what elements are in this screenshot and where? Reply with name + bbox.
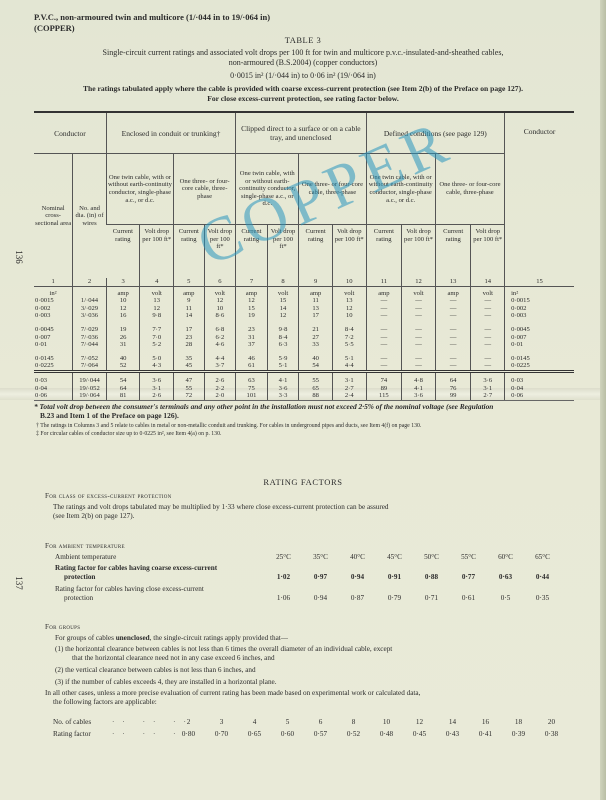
- table-cell: 55: [174, 385, 205, 393]
- factor-value: 14: [436, 718, 469, 726]
- clipped-twin-header: One twin cable, with or without earth-co…: [236, 154, 299, 225]
- table-cell: 19/·064: [73, 392, 107, 400]
- factor-value: 25°C: [265, 553, 302, 561]
- table-cell: 13: [140, 297, 174, 305]
- table-row: 0·02257/·064524·3453·7615·1544·4————0·02…: [34, 362, 574, 371]
- table-cell: 15: [267, 297, 299, 305]
- table-cell: —: [366, 355, 402, 363]
- table-cell: 17: [174, 326, 205, 334]
- table-cell: 89: [366, 385, 402, 393]
- groups-intro-b: unenclosed: [116, 634, 150, 642]
- table-cell: 6·3: [267, 341, 299, 349]
- groups-intro-c: , the single-circuit ratings apply provi…: [150, 634, 288, 642]
- table-row: 0·00457/·029197·7176·8239·8218·4————0·00…: [34, 326, 574, 334]
- factor-value: 0·70: [205, 730, 238, 738]
- table-cell: —: [435, 305, 471, 313]
- table-cell: —: [435, 312, 471, 320]
- table-cell: 7·0: [140, 334, 174, 342]
- factor-value: 0·94: [339, 573, 376, 581]
- table-cell: 3·6: [402, 392, 436, 400]
- table-cell: 54: [299, 362, 333, 371]
- table-cell: 0·002: [505, 305, 574, 313]
- groups-item-3: (3) if the number of cables exceeds 4, t…: [55, 678, 277, 687]
- factor-value: 6: [304, 718, 337, 726]
- header-line1: P.V.C., non-armoured twin and multicore …: [34, 12, 270, 23]
- table-cell: 0·0225: [505, 362, 574, 371]
- table-cell: 3·7: [204, 362, 236, 371]
- table-cell: 0·0045: [34, 326, 73, 334]
- factor-value: 0·91: [376, 573, 413, 581]
- table-cell: 6·8: [204, 326, 236, 334]
- table-cell: —: [402, 341, 436, 349]
- table-cell: 16: [106, 312, 140, 320]
- table-cell: 23: [236, 326, 268, 334]
- table-cell: 1/·044: [73, 297, 107, 305]
- table-cell: 13: [332, 297, 366, 305]
- table-row: 0·0619/·064812·6722·01013·3882·41153·699…: [34, 392, 574, 400]
- table-cell: 4·6: [204, 341, 236, 349]
- table-cell: 6·2: [204, 334, 236, 342]
- table-cell: —: [402, 362, 436, 371]
- table-cell: 13: [299, 305, 333, 313]
- flat-cables-body: in²ampvoltampvoltampvoltampvoltampvoltam…: [34, 286, 574, 371]
- table-cell: 17: [299, 312, 333, 320]
- col10-header: Volt drop per 100 ft*: [332, 225, 366, 279]
- subgroup-header-row: Nominal cross-sectional area No. and dia…: [34, 154, 574, 225]
- table-cell: —: [402, 305, 436, 313]
- table-row: 0·0319/·044543·6472·6634·1553·1744·8643·…: [34, 377, 574, 385]
- table-cell: 47: [174, 377, 205, 385]
- groups-other-2: the following factors are applicable:: [53, 698, 157, 707]
- table-cell: 12: [332, 305, 366, 313]
- factor-value: 18: [502, 718, 535, 726]
- table-cell: 5·1: [267, 362, 299, 371]
- table-cell: 61: [236, 362, 268, 371]
- table-row: 0·0033/·036169·8148·619121710————0·003: [34, 312, 574, 320]
- table-row: 0·017/·044315·2284·6376·3335·5————0·01: [34, 341, 574, 349]
- table-cell: —: [471, 326, 505, 334]
- col-number: 5: [174, 278, 205, 286]
- table-cell: 0·003: [505, 312, 574, 320]
- col-number: 15: [505, 278, 574, 286]
- protection-text-2: (see Item 2(b) on page 127).: [53, 512, 134, 521]
- table-cell: 5·2: [140, 341, 174, 349]
- factor-value: 0·39: [502, 730, 535, 738]
- unit-cell: amp: [299, 286, 333, 297]
- groups-item-2: (2) the vertical clearance between cable…: [55, 666, 256, 675]
- table-cell: 12: [140, 305, 174, 313]
- group-header-row: Conductor Enclosed in conduit or trunkin…: [34, 112, 574, 154]
- table-cell: —: [366, 326, 402, 334]
- factor-value: 0·97: [302, 573, 339, 581]
- table-title: TABLE 3: [0, 35, 606, 45]
- table-cell: —: [366, 341, 402, 349]
- coarse-label-2: protection: [64, 573, 95, 581]
- table-cell: 99: [435, 392, 471, 400]
- table-cell: 10: [106, 297, 140, 305]
- table-cell: 3·1: [140, 385, 174, 393]
- table-cell: —: [366, 297, 402, 305]
- table-cell: 40: [299, 355, 333, 363]
- table-cell: 12: [267, 312, 299, 320]
- table-cell: 37: [236, 341, 268, 349]
- unit-cell: volt: [471, 286, 505, 297]
- factor-value: 0·79: [376, 594, 413, 602]
- table-cell: —: [435, 341, 471, 349]
- table-row: 0·0077/·036267·0236·2318·4277·2————0·007: [34, 334, 574, 342]
- table-cell: —: [402, 326, 436, 334]
- col-wires-header: No. and dia. (in) of wires: [73, 154, 107, 279]
- table-subtitle-1: Single-circuit current ratings and assoc…: [0, 48, 606, 58]
- factor-value: 2: [172, 718, 205, 726]
- footnote-star-line1: * Total volt drop between the consumer's…: [34, 402, 493, 411]
- table-cell: 9: [174, 297, 205, 305]
- table-cell: 2·7: [332, 385, 366, 393]
- table-cell: 0·007: [34, 334, 73, 342]
- col-number: 9: [299, 278, 333, 286]
- page-number-137: 137: [14, 576, 24, 590]
- col-number: 2: [73, 278, 107, 286]
- table-cell: 101: [236, 392, 268, 400]
- table-cell: 76: [435, 385, 471, 393]
- factor-value: 8: [337, 718, 370, 726]
- protection-heading: For class of excess-current protection: [45, 492, 172, 501]
- footnote-star: * Total volt drop between the consumer's…: [34, 402, 582, 438]
- factor-value: 0·45: [403, 730, 436, 738]
- table-cell: 31: [236, 334, 268, 342]
- table-cell: 0·01: [505, 341, 574, 349]
- table-cell: 19: [106, 326, 140, 334]
- ambient-heading-text: For ambient temperature: [45, 542, 125, 550]
- factor-value: 10: [370, 718, 403, 726]
- page-edge: [600, 0, 606, 800]
- table-cell: 115: [366, 392, 402, 400]
- factor-value: 40°C: [339, 553, 376, 561]
- table-cell: —: [471, 362, 505, 371]
- table-cell: 88: [299, 392, 333, 400]
- table-cell: 0·04: [505, 385, 574, 393]
- table-cell: 2·2: [204, 385, 236, 393]
- col-number: 3: [106, 278, 140, 286]
- table-cell: 5·9: [267, 355, 299, 363]
- header-line2: (COPPER): [34, 23, 270, 34]
- table-cell: 0·01: [34, 341, 73, 349]
- table-cell: —: [366, 305, 402, 313]
- ratings-note-2: For close excess-current protection, see…: [0, 94, 606, 104]
- factor-value: 1·06: [265, 594, 302, 602]
- col6-header: Volt drop per 100 ft*: [204, 225, 236, 279]
- table-cell: 0·03: [34, 377, 73, 385]
- ratings-note-1: The ratings tabulated apply where the ca…: [0, 84, 606, 94]
- table-cell: 0·0145: [34, 355, 73, 363]
- table-cell: —: [366, 334, 402, 342]
- table-cell: 3·6: [471, 377, 505, 385]
- groups-heading-text: For groups: [45, 623, 80, 631]
- factor-value: 0·38: [535, 730, 568, 738]
- ambient-temps: 25°C35°C40°C45°C50°C55°C60°C65°C: [265, 553, 561, 561]
- groups-intro-a: For groups of cables: [55, 634, 116, 642]
- table-cell: —: [435, 362, 471, 371]
- table-cell: 10: [332, 312, 366, 320]
- table-cell: 10: [204, 305, 236, 313]
- factor-value: 1·02: [265, 573, 302, 581]
- table-range: 0·0015 in² (1/·044 in) to 0·06 in² (19/·…: [0, 71, 606, 81]
- table-cell: 81: [106, 392, 140, 400]
- ambient-temp-row: Ambient temperature: [55, 553, 116, 561]
- col5-header: Current rating: [174, 225, 205, 279]
- table-cell: 5·1: [332, 355, 366, 363]
- unit-cell: in²: [505, 286, 574, 297]
- table-cell: 0·007: [505, 334, 574, 342]
- defined-three-header: One three- or four-core cable, three-pha…: [435, 154, 504, 225]
- table-cell: 2·6: [140, 392, 174, 400]
- table-cell: 54: [106, 377, 140, 385]
- running-header: P.V.C., non-armoured twin and multicore …: [34, 12, 270, 34]
- table-cell: 4·4: [332, 362, 366, 371]
- factor-value: 0·63: [487, 573, 524, 581]
- table-cell: 26: [106, 334, 140, 342]
- col11-header: Current rating: [366, 225, 402, 279]
- table-cell: 9·8: [267, 326, 299, 334]
- factor-value: 0·57: [304, 730, 337, 738]
- unit-cell: amp: [366, 286, 402, 297]
- table-cell: 7·7: [140, 326, 174, 334]
- table-cell: 5·5: [332, 341, 366, 349]
- groups-heading: For groups: [45, 623, 80, 632]
- table-cell: 2·4: [332, 392, 366, 400]
- col-number: 13: [435, 278, 471, 286]
- table-row: 0·01457/·052405·0354·4465·9405·1————0·01…: [34, 355, 574, 363]
- factor-value: 45°C: [376, 553, 413, 561]
- table-cell: 35: [174, 355, 205, 363]
- group-conductor-right: Conductor: [505, 112, 574, 278]
- factor-value: 16: [469, 718, 502, 726]
- table-cell: 28: [174, 341, 205, 349]
- coarse-factors: 1·020·970·940·910·880·770·630·44: [265, 573, 561, 581]
- factor-value: 0·80: [172, 730, 205, 738]
- col-number: 7: [236, 278, 268, 286]
- table-row: 0·0023/·0291212111015141312————0·002: [34, 305, 574, 313]
- factor-value: 0·94: [302, 594, 339, 602]
- table-cell: 4·8: [402, 377, 436, 385]
- unit-cell: volt: [204, 286, 236, 297]
- rating-factors-title: RATING FACTORS: [0, 477, 606, 487]
- table-cell: —: [471, 355, 505, 363]
- table-cell: 0·0145: [505, 355, 574, 363]
- factor-value: 60°C: [487, 553, 524, 561]
- document-page: P.V.C., non-armoured twin and multicore …: [0, 0, 606, 800]
- table-cell: 8·6: [204, 312, 236, 320]
- unit-cell: volt: [402, 286, 436, 297]
- table-cell: 14: [267, 305, 299, 313]
- table-cell: 7/·052: [73, 355, 107, 363]
- table-cell: 52: [106, 362, 140, 371]
- table-cell: 8·4: [332, 326, 366, 334]
- factor-value: 0·41: [469, 730, 502, 738]
- table-cell: 2·6: [204, 377, 236, 385]
- column-number-row: 1 2 3 4 5 6 7 8 9 10 11 12 13 14 15: [34, 278, 574, 286]
- factor-value: 0·52: [337, 730, 370, 738]
- table-cell: 65: [299, 385, 333, 393]
- table-cell: 0·06: [34, 392, 73, 400]
- clipped-three-header: One three- or four-core cable, three-pha…: [299, 154, 366, 225]
- table-cell: 3·1: [332, 377, 366, 385]
- factor-value: 55°C: [450, 553, 487, 561]
- coarse-label-1: Rating factor for cables having coarse e…: [55, 564, 217, 572]
- ambient-heading: For ambient temperature: [45, 542, 125, 551]
- unit-cell: volt: [267, 286, 299, 297]
- table-cell: 12: [204, 297, 236, 305]
- col-number: 1: [34, 278, 73, 286]
- table-cell: 7/·029: [73, 326, 107, 334]
- table-cell: 14: [174, 312, 205, 320]
- table-cell: 63: [236, 377, 268, 385]
- table-cell: 9·8: [140, 312, 174, 320]
- footnote-double-dagger: ‡ For circular cables of conductor size …: [34, 430, 582, 438]
- table-cell: 7·2: [332, 334, 366, 342]
- unit-cell: amp: [435, 286, 471, 297]
- col-area-header: Nominal cross-sectional area: [34, 154, 73, 279]
- protection-heading-text: For class of excess-current protection: [45, 492, 172, 500]
- unit-cell: amp: [174, 286, 205, 297]
- table-cell: —: [366, 312, 402, 320]
- table-cell: —: [402, 297, 436, 305]
- factor-value: 0·65: [238, 730, 271, 738]
- table-cell: 33: [299, 341, 333, 349]
- table-cell: 7/·044: [73, 341, 107, 349]
- col-number: 10: [332, 278, 366, 286]
- group-defined: Defined conditions (see page 129): [366, 112, 505, 154]
- col3-header: Current rating: [106, 225, 140, 279]
- table-cell: —: [366, 362, 402, 371]
- factor-value: 4: [238, 718, 271, 726]
- current-ratings-table: Conductor Enclosed in conduit or trunkin…: [34, 111, 574, 401]
- page-number-136: 136: [14, 250, 24, 264]
- table-cell: 0·0015: [34, 297, 73, 305]
- col9-header: Current rating: [299, 225, 333, 279]
- table-subtitle-2: non-armoured (B.S.2004) (copper conducto…: [0, 58, 606, 68]
- table-cell: 19/·044: [73, 377, 107, 385]
- table-cell: 46: [236, 355, 268, 363]
- enclosed-three-header: One three- or four-core cable, three-pha…: [174, 154, 236, 225]
- table-cell: 3/·036: [73, 312, 107, 320]
- close-factors: 1·060·940·870·790·710·610·50·35: [265, 594, 561, 602]
- table-cell: 31: [106, 341, 140, 349]
- col-number: 14: [471, 278, 505, 286]
- unit-cell: [73, 286, 107, 297]
- unit-cell: amp: [106, 286, 140, 297]
- table-cell: 4·4: [204, 355, 236, 363]
- table-cell: 12: [236, 297, 268, 305]
- table-cell: 0·003: [34, 312, 73, 320]
- table-cell: 7/·064: [73, 362, 107, 371]
- column-header-row: Current rating Volt drop per 100 ft* Cur…: [34, 225, 574, 279]
- col-number: 11: [366, 278, 402, 286]
- table-cell: 4·1: [402, 385, 436, 393]
- factor-value: 0·48: [370, 730, 403, 738]
- table-cell: 40: [106, 355, 140, 363]
- table-cell: 12: [106, 305, 140, 313]
- table-cell: —: [471, 334, 505, 342]
- col4-header: Volt drop per 100 ft*: [140, 225, 174, 279]
- table-cell: 72: [174, 392, 205, 400]
- table-cell: 5·0: [140, 355, 174, 363]
- factor-value: 50°C: [413, 553, 450, 561]
- factor-value: 0·43: [436, 730, 469, 738]
- table-cell: —: [435, 334, 471, 342]
- table-cell: —: [402, 312, 436, 320]
- col8-header: Volt drop per 100 ft*: [267, 225, 299, 279]
- unit-cell: amp: [236, 286, 268, 297]
- table-cell: 3/·029: [73, 305, 107, 313]
- col12-header: Volt drop per 100 ft*: [402, 225, 436, 279]
- rating-factor-label: Rating factor: [53, 730, 91, 738]
- table-cell: —: [435, 326, 471, 334]
- table-cell: 2·0: [204, 392, 236, 400]
- group-clipped: Clipped direct to a surface or on a cabl…: [236, 112, 366, 154]
- table-cell: —: [402, 334, 436, 342]
- table-cell: 3·6: [267, 385, 299, 393]
- table-cell: 7/·036: [73, 334, 107, 342]
- col-number: 6: [204, 278, 236, 286]
- table-cell: 4·1: [267, 377, 299, 385]
- table-cell: 74: [366, 377, 402, 385]
- col-number: 12: [402, 278, 436, 286]
- table-cell: —: [435, 297, 471, 305]
- footnote-star-line2: B.23 and Item 1 of the Preface on page 1…: [34, 411, 582, 420]
- table-cell: 21: [299, 326, 333, 334]
- factor-value: 5: [271, 718, 304, 726]
- table-cell: 19: [236, 312, 268, 320]
- table-cell: 0·0045: [505, 326, 574, 334]
- table-cell: —: [471, 312, 505, 320]
- table-cell: 19/·052: [73, 385, 107, 393]
- factor-value: 12: [403, 718, 436, 726]
- table-cell: 75: [236, 385, 268, 393]
- no-cables-values: 234568101214161820: [172, 718, 568, 726]
- table-cell: 0·002: [34, 305, 73, 313]
- defined-twin-header: One twin cable, with or without earth-co…: [366, 154, 435, 225]
- table-cell: 0·0225: [34, 362, 73, 371]
- close-label-1: Rating factor for cables having close ex…: [55, 585, 204, 593]
- col-number: 8: [267, 278, 299, 286]
- table-cell: —: [435, 355, 471, 363]
- groups-other-1: In all other cases, unless a more precis…: [45, 689, 420, 698]
- table-cell: —: [471, 297, 505, 305]
- factor-value: 0·71: [413, 594, 450, 602]
- footnote-dagger: † The ratings in Columns 3 and 5 relate …: [34, 422, 582, 430]
- factor-value: 65°C: [524, 553, 561, 561]
- table-row: 0·00151/·044101391212151113————0·0015: [34, 297, 574, 305]
- group-enclosed: Enclosed in conduit or trunking†: [106, 112, 235, 154]
- col7-header: Current rating: [236, 225, 268, 279]
- col14-header: Volt drop per 100 ft*: [471, 225, 505, 279]
- no-cables-label: No. of cables: [53, 718, 91, 726]
- table-cell: 0·04: [34, 385, 73, 393]
- groups-item-1b: that the horizontal clearance need not i…: [72, 654, 275, 663]
- factor-value: 0·5: [487, 594, 524, 602]
- circular-cables-body: 0·0319/·044543·6472·6634·1553·1744·8643·…: [34, 377, 574, 400]
- factor-value: 35°C: [302, 553, 339, 561]
- factor-value: 0·35: [524, 594, 561, 602]
- table-cell: 11: [299, 297, 333, 305]
- table-cell: 3·1: [471, 385, 505, 393]
- table-cell: 15: [236, 305, 268, 313]
- group-conductor: Conductor: [34, 112, 106, 154]
- table-cell: 64: [435, 377, 471, 385]
- col-number: 4: [140, 278, 174, 286]
- table-cell: —: [471, 305, 505, 313]
